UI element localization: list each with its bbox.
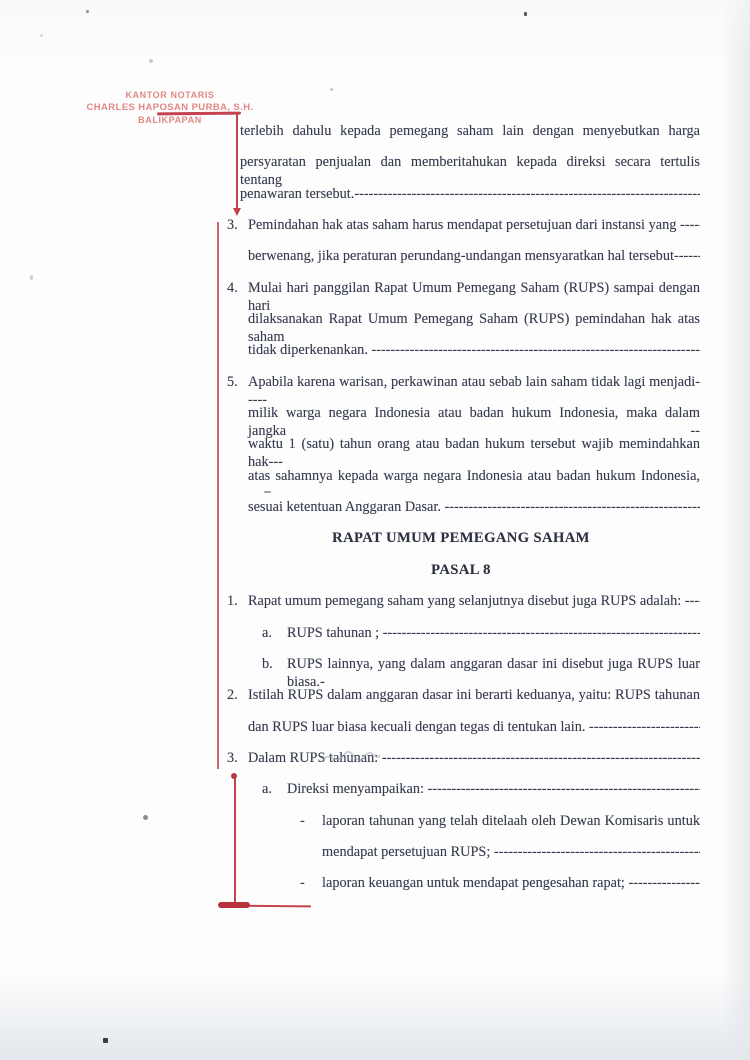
text-line: 4.Mulai hari panggilan Rapat Umum Pemega…: [222, 279, 700, 310]
line-text: Istilah RUPS dalam anggaran dasar ini be…: [248, 686, 700, 704]
line-text: sesuai ketentuan Anggaran Dasar. -------…: [248, 498, 700, 516]
line-text: laporan keuangan untuk mendapat pengesah…: [322, 874, 700, 892]
text-line: a.Direksi menyampaikan: ----------------…: [222, 780, 700, 811]
heading-line: PASAL 8: [222, 561, 700, 592]
line-text: RAPAT UMUM PEMEGANG SAHAM: [222, 529, 700, 547]
text-line: 1.Rapat umum pemegang saham yang selanju…: [222, 592, 700, 623]
notary-stamp: KANTOR NOTARIS CHARLES HAPOSAN PURBA, S.…: [68, 89, 272, 127]
text-line: -laporan tahunan yang telah ditelaah ole…: [222, 812, 700, 843]
text-line: dan RUPS luar biasa kecuali dengan tegas…: [222, 718, 700, 749]
scan-speck: [40, 34, 43, 37]
line-text: terlebih dahulu kepada pemegang saham la…: [240, 122, 700, 140]
text-line: penawaran tersebut.---------------------…: [222, 185, 700, 216]
line-text: mendapat persetujuan RUPS; -------------…: [322, 843, 700, 861]
text-line: dilaksanakan Rapat Umum Pemegang Saham (…: [222, 310, 700, 341]
line-marker: -: [300, 874, 322, 892]
line-marker: 1.: [227, 592, 248, 610]
text-line: 3.Pemindahan hak atas saham harus mendap…: [222, 216, 700, 247]
text-line: waktu 1 (satu) tahun orang atau badan hu…: [222, 435, 700, 466]
text-line: mendapat persetujuan RUPS; -------------…: [222, 843, 700, 874]
line-marker: b.: [262, 655, 287, 673]
line-marker: 5.: [227, 373, 248, 391]
text-line: -laporan keuangan untuk mendapat pengesa…: [222, 874, 700, 905]
stray-pen-mark: [264, 491, 271, 493]
text-line: berwenang, jika peraturan perundang-unda…: [222, 247, 700, 278]
line-text: atas sahamnya kepada warga negara Indone…: [248, 467, 700, 485]
text-line: milik warga negara Indonesia atau badan …: [222, 404, 700, 435]
line-text: RUPS tahunan ; -------------------------…: [287, 624, 700, 642]
line-text: berwenang, jika peraturan perundang-unda…: [248, 247, 700, 265]
line-text: penawaran tersebut.---------------------…: [240, 185, 700, 203]
scan-speck: [149, 59, 153, 63]
line-marker: 3.: [227, 749, 248, 767]
line-text: dan RUPS luar biasa kecuali dengan tegas…: [248, 718, 700, 736]
scan-speck: [524, 12, 527, 16]
text-line: tidak diperkenankan. -------------------…: [222, 341, 700, 372]
text-line: persyaratan penjualan dan memberitahukan…: [222, 153, 700, 184]
scan-speck: [86, 10, 89, 13]
red-margin-line: [217, 222, 219, 769]
line-text: Rapat umum pemegang saham yang selanjutn…: [248, 592, 700, 610]
text-line: sesuai ketentuan Anggaran Dasar. -------…: [222, 498, 700, 529]
line-marker: a.: [262, 624, 287, 642]
line-marker: 4.: [227, 279, 248, 297]
line-marker: 3.: [227, 216, 248, 234]
document-body: terlebih dahulu kepada pemegang saham la…: [222, 122, 700, 906]
scan-speck: [30, 275, 33, 280]
text-line: terlebih dahulu kepada pemegang saham la…: [222, 122, 700, 153]
text-line: 5.Apabila karena warisan, perkawinan ata…: [222, 373, 700, 404]
scan-speck: [103, 1038, 108, 1043]
heading-line: RAPAT UMUM PEMEGANG SAHAM: [222, 529, 700, 560]
scan-speck: [330, 88, 333, 91]
pencil-scribble: [320, 747, 382, 773]
stamp-office-line: KANTOR NOTARIS: [68, 89, 272, 102]
text-line: b.RUPS lainnya, yang dalam anggaran dasa…: [222, 655, 700, 686]
text-line: 2.Istilah RUPS dalam anggaran dasar ini …: [222, 686, 700, 717]
line-text: Pemindahan hak atas saham harus mendapat…: [248, 216, 700, 234]
line-text: tidak diperkenankan. -------------------…: [248, 341, 700, 359]
line-marker: -: [300, 812, 322, 830]
text-line: 3.Dalam RUPS tahunan: ------------------…: [222, 749, 700, 780]
scan-speck: [143, 815, 148, 820]
line-text: PASAL 8: [222, 561, 700, 579]
line-marker: a.: [262, 780, 287, 798]
line-text: Direksi menyampaikan: ------------------…: [287, 780, 700, 798]
line-text: Dalam RUPS tahunan: --------------------…: [248, 749, 700, 767]
text-line: atas sahamnya kepada warga negara Indone…: [222, 467, 700, 498]
line-marker: 2.: [227, 686, 248, 704]
line-text: laporan tahunan yang telah ditelaah oleh…: [322, 812, 700, 830]
text-line: a.RUPS tahunan ; -----------------------…: [222, 624, 700, 655]
scanned-document-page: KANTOR NOTARIS CHARLES HAPOSAN PURBA, S.…: [0, 0, 750, 1060]
